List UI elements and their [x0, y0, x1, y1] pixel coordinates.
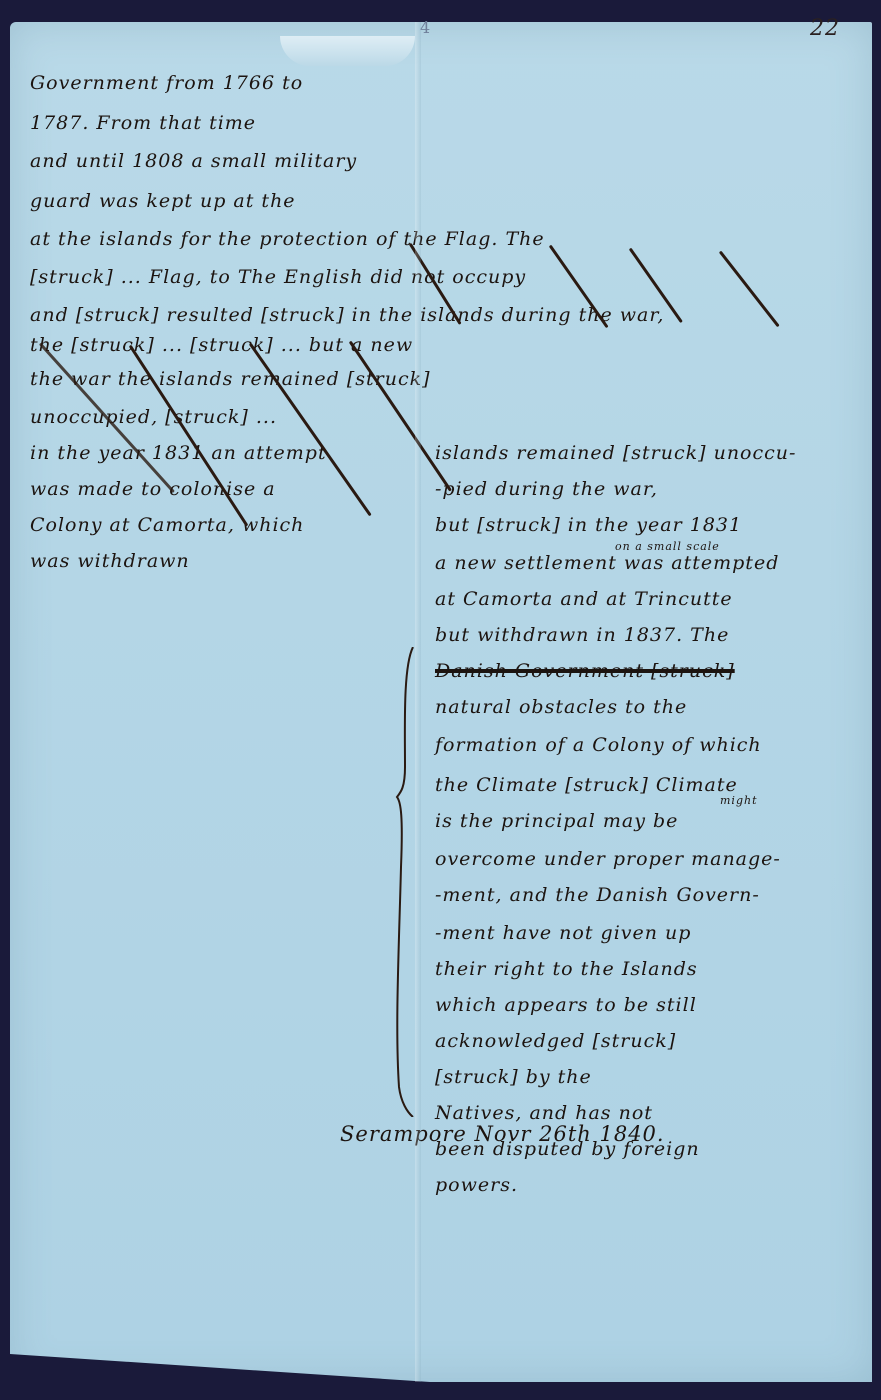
text-line: is the principal may be: [435, 810, 678, 832]
text-line: in the year 1831 an attempt: [30, 442, 327, 464]
text-line: their right to the Islands: [435, 958, 698, 980]
page-number: 22: [810, 16, 840, 41]
text-line: -pied during the war,: [435, 478, 658, 500]
struck-line: Danish Government [struck]: [435, 660, 735, 682]
text-line: [struck] ... Flag, to The English did no…: [30, 266, 526, 288]
cancel-stroke: [719, 251, 780, 328]
text-line: guard was kept up at the: [30, 190, 296, 212]
text-line: -ment have not given up: [435, 922, 691, 944]
manuscript-page: 22 4 Government from 1766 to 1787. From …: [10, 22, 872, 1382]
text-line: the Climate [struck] Climate: [435, 774, 738, 796]
signature-date-line: Serampore Novr 26th 1840.: [340, 1122, 665, 1146]
text-line: was made to colonise a: [30, 478, 276, 500]
text-line: a new settlement was attempted: [435, 552, 779, 574]
text-line: islands remained [struck] unoccu-: [435, 442, 796, 464]
interlinear-insertion: might: [720, 794, 758, 807]
text-line: but [struck] in the year 1831: [435, 514, 742, 536]
text-line: which appears to be still: [435, 994, 697, 1016]
pencil-mark: 4: [420, 18, 431, 37]
text-line: but withdrawn in 1837. The: [435, 624, 729, 646]
text-line: formation of a Colony of which: [435, 734, 762, 756]
text-line: -ment, and the Danish Govern-: [435, 884, 760, 906]
text-line: overcome under proper manage-: [435, 848, 781, 870]
text-line: natural obstacles to the: [435, 696, 687, 718]
text-line: Colony at Camorta, which: [30, 514, 304, 536]
text-line: Natives, and has not: [435, 1102, 653, 1124]
text-line: [struck] by the: [435, 1066, 592, 1088]
paper-fold: [280, 36, 415, 66]
background-edge: [10, 1354, 430, 1382]
text-line: 1787. From that time: [30, 112, 256, 134]
text-line: powers.: [435, 1174, 518, 1196]
text-line: was withdrawn: [30, 550, 190, 572]
text-line: acknowledged [struck]: [435, 1030, 676, 1052]
text-line: at Camorta and at Trincutte: [435, 588, 733, 610]
text-line: Government from 1766 to: [30, 72, 303, 94]
curly-bracket: [395, 647, 417, 1117]
text-line: unoccupied, [struck] ...: [30, 406, 277, 428]
cancel-stroke: [349, 341, 452, 492]
text-line: at the islands for the protection of the…: [30, 228, 545, 250]
text-line: and [struck] resulted [struck] in the is…: [30, 304, 664, 326]
text-line: and until 1808 a small military: [30, 150, 357, 172]
